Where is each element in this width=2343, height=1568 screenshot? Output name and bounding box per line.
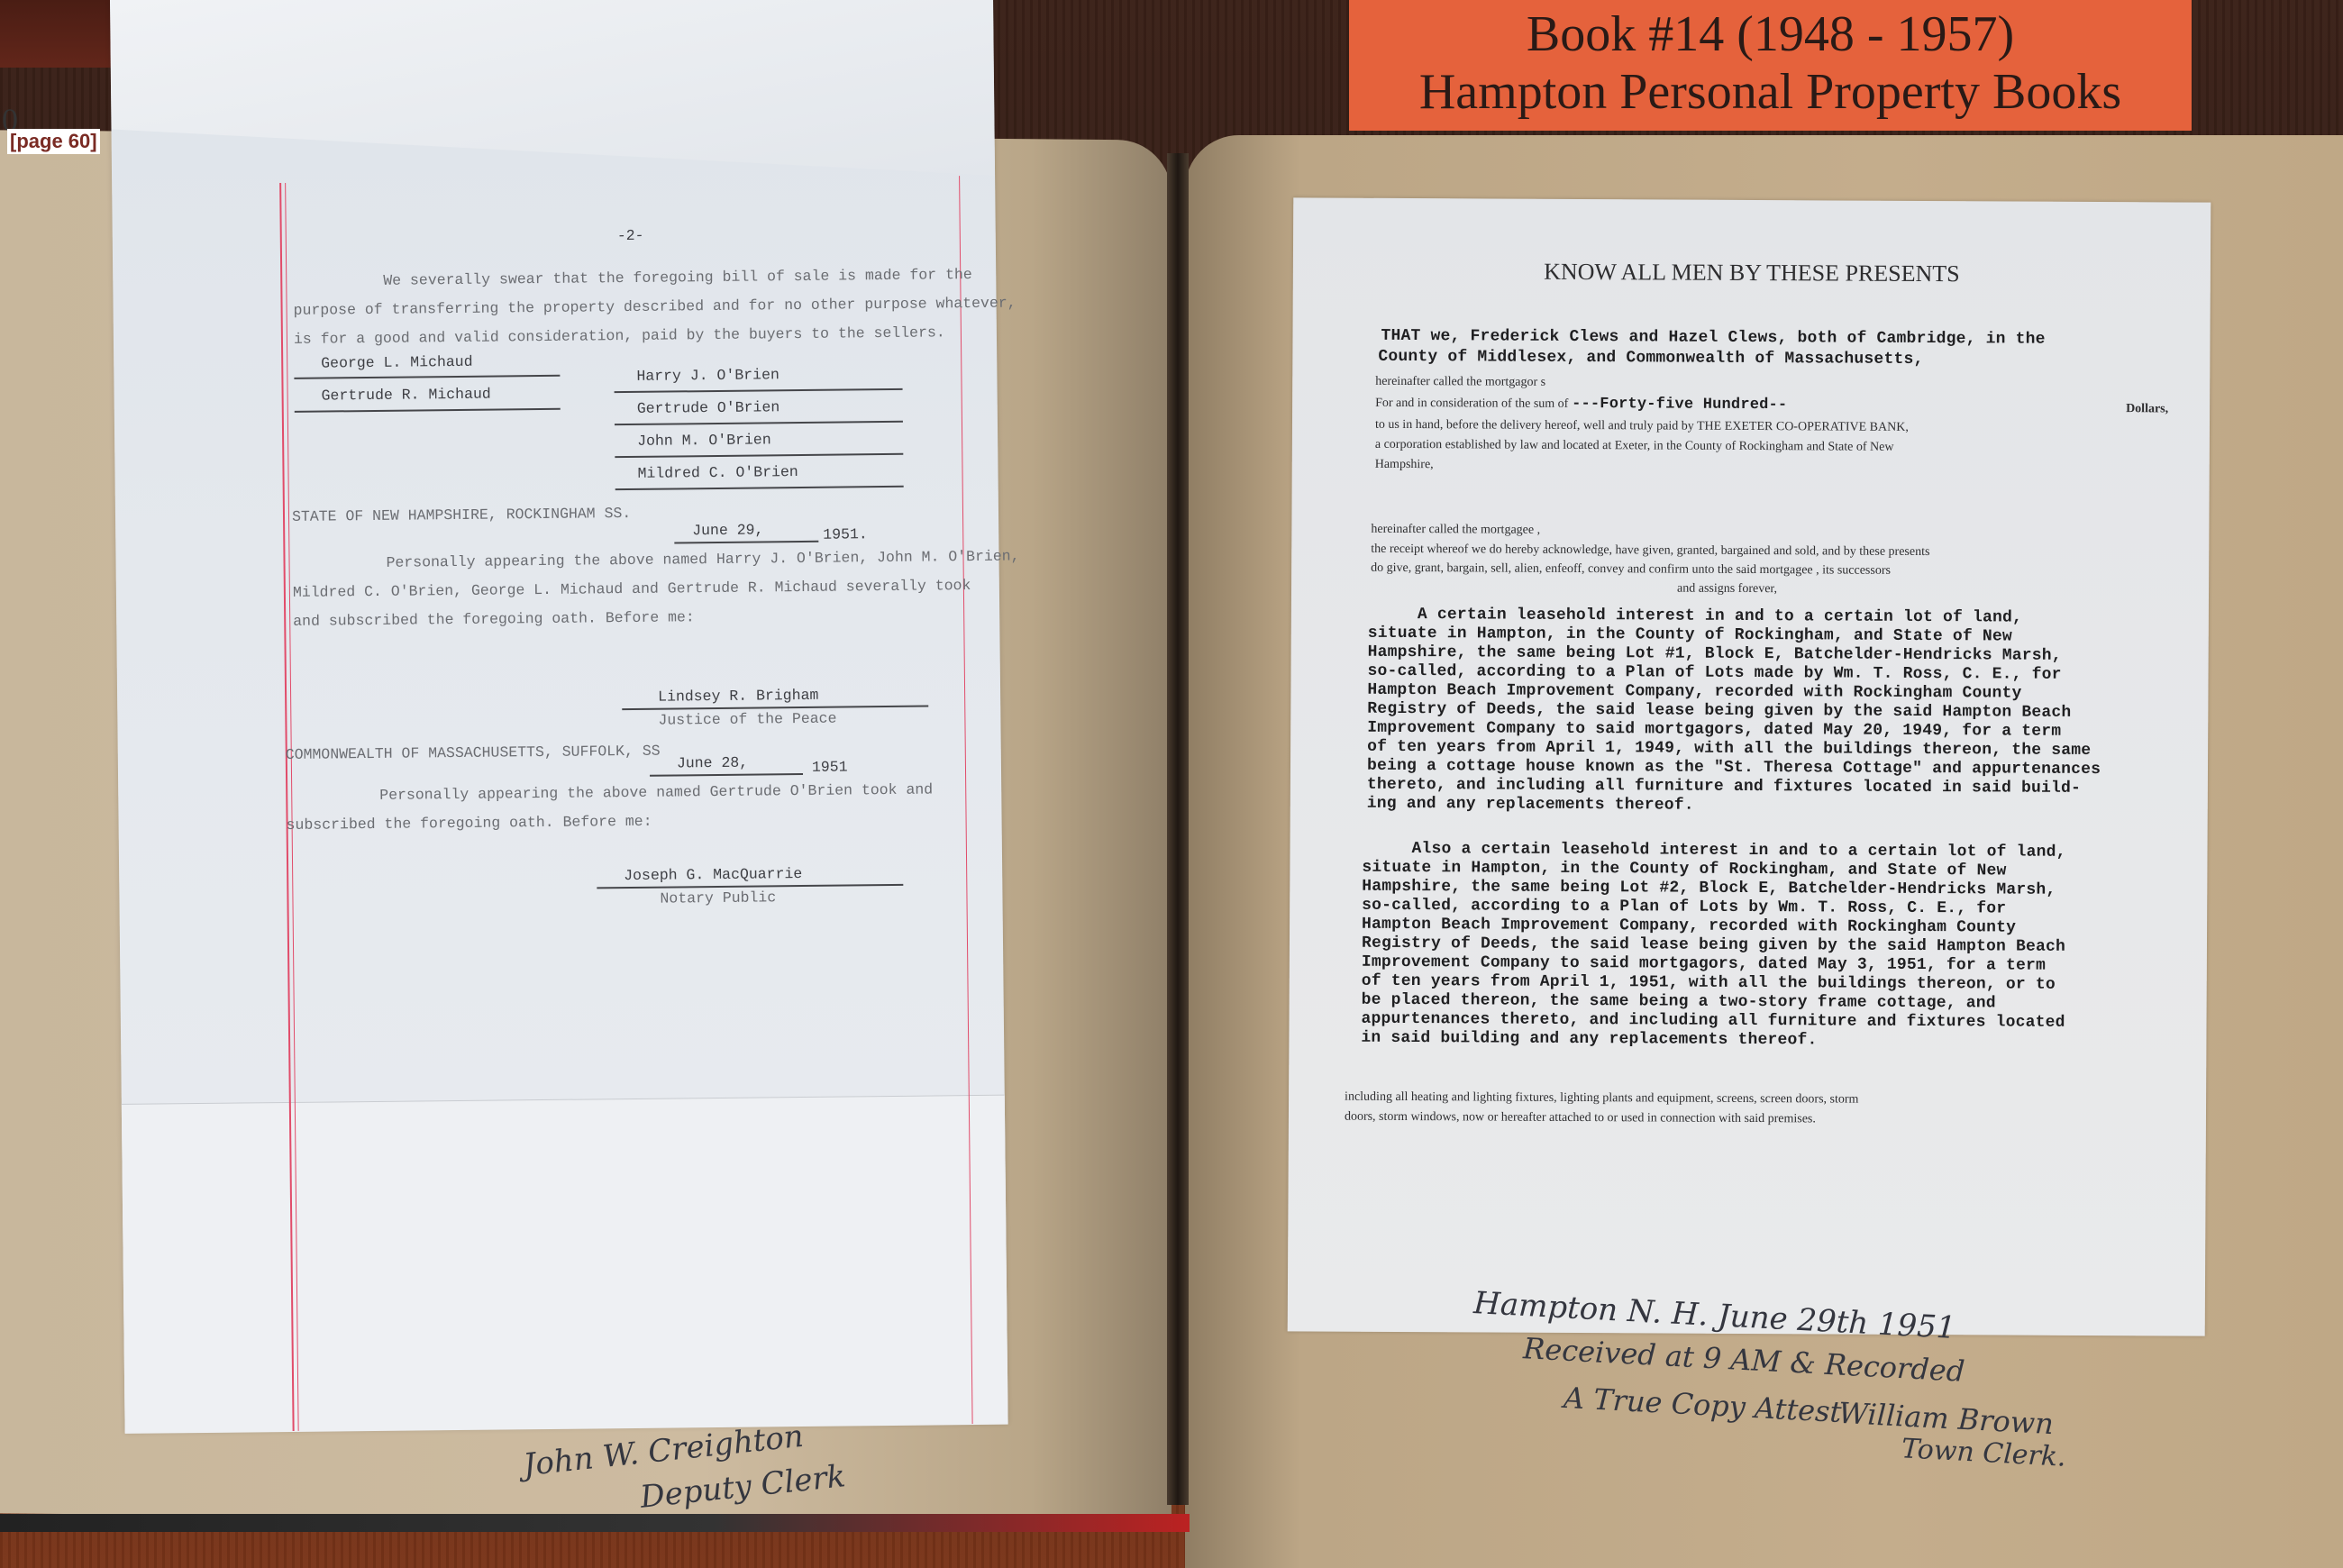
parcel-line: Also a certain leasehold interest in and… (1362, 840, 2065, 861)
oath-line: purpose of transferring the property des… (294, 294, 1017, 318)
parcel-line: thereto, and including all furniture and… (1367, 776, 2081, 798)
nh-body-line: Mildred C. O'Brien, George L. Michaud an… (293, 577, 971, 601)
parcel-line: of ten years from April 1, 1951, with al… (1362, 972, 2056, 994)
buyer-signature: Gertrude O'Brien (637, 398, 780, 417)
paid-by-line: to us in hand, before the delivery hereo… (1375, 418, 1909, 435)
date-ma: June 28, (677, 754, 748, 772)
fixtures-line: doors, storm windows, now or hereafter a… (1345, 1110, 1816, 1127)
buyer-signature: Mildred C. O'Brien (637, 463, 798, 482)
parcel-line: being a cottage house known as the "St. … (1367, 757, 2101, 779)
justice-name: Lindsey R. Brigham (658, 687, 818, 706)
signature-line (615, 486, 904, 490)
parcel-line: Improvement Company to said mortgagors, … (1367, 719, 2061, 741)
mortgagor-line: hereinafter called the mortgagor s (1375, 375, 1545, 390)
receipt-line: do give, grant, bargain, sell, alien, en… (1371, 561, 1891, 579)
bill-of-sale-oath-document: -2- We severally swear that the foregoin… (110, 0, 1008, 1433)
state-line: Hampshire, (1375, 458, 1434, 472)
parcel-line: appurtenances thereto, and including all… (1361, 1010, 2065, 1032)
parties-line: County of Middlesex, and Commonwealth of… (1378, 348, 1923, 369)
date-nh: June 29, (692, 521, 763, 539)
parcel-line: so-called, according to a Plan of Lots b… (1362, 897, 2006, 918)
oath-line: is for a good and valid consideration, p… (294, 324, 945, 348)
parcel-line: Hampton Beach Improvement Company, recor… (1362, 916, 2016, 937)
consideration-amount: ---Forty-five Hundred-- (1572, 396, 1787, 414)
seller-signature: George L. Michaud (321, 353, 473, 372)
fixtures-line: including all heating and lighting fixtu… (1345, 1090, 1858, 1108)
parties-line: THAT we, Frederick Clews and Hazel Clews… (1381, 327, 2045, 349)
seller-signature: Gertrude R. Michaud (322, 386, 491, 405)
parcel-line: ing and any replacements thereof. (1367, 795, 1694, 815)
parcel-line: Improvement Company to said mortgagors, … (1362, 953, 2046, 975)
signature-line (295, 408, 561, 413)
page-number: -2- (617, 227, 644, 244)
date-line (650, 773, 803, 777)
signature-line (622, 706, 928, 711)
consideration-dollars: Dollars, (2126, 402, 2168, 416)
notary-title: Notary Public (660, 889, 776, 907)
signature-line (615, 421, 903, 425)
justice-title: Justice of the Peace (658, 710, 836, 729)
nh-body-line: and subscribed the foregoing oath. Befor… (293, 608, 695, 630)
date-line (674, 541, 818, 544)
venue-nh: STATE OF NEW HAMPSHIRE, ROCKINGHAM SS. (292, 505, 631, 525)
notary-name: Joseph G. MacQuarrie (624, 865, 802, 884)
folded-flap (110, 0, 995, 185)
corporation-line: a corporation established by law and loc… (1375, 438, 1894, 455)
book-label: Book #14 (1948 - 1957) Hampton Personal … (1349, 0, 2192, 131)
parcel-line: Registry of Deeds, the said lease being … (1367, 700, 2071, 722)
parcel-line: be placed thereon, the same being a two-… (1362, 991, 1996, 1013)
oath-line: We severally swear that the foregoing bi… (383, 266, 972, 289)
year-ma: 1951 (812, 758, 848, 775)
buyer-signature: Harry J. O'Brien (636, 366, 779, 385)
parcel-line: of ten years from April 1, 1949, with al… (1367, 738, 2091, 760)
parcel-line: Hampton Beach Improvement Company, recor… (1367, 681, 2021, 703)
page-marker: [page 60] (7, 129, 100, 154)
mortgagee-line: hereinafter called the mortgagee , (1371, 523, 1540, 538)
parcel-line: situate in Hampton, in the County of Roc… (1368, 624, 2012, 646)
bottom-fold (122, 1095, 1008, 1434)
consideration-prefix: For and in consideration of the sum of (1375, 397, 1568, 412)
nh-body-line: Personally appearing the above named Har… (386, 547, 1019, 570)
venue-ma: COMMONWEALTH OF MASSACHUSETTS, SUFFOLK, … (286, 743, 661, 763)
signature-line (615, 388, 903, 393)
parcel-line: A certain leasehold interest in and to a… (1368, 606, 2022, 627)
ma-body-line: subscribed the foregoing oath. Before me… (286, 813, 652, 834)
receipt-line: and assigns forever, (1677, 582, 1777, 597)
parcel-line: Hampshire, the same being Lot #2, Block … (1362, 878, 2056, 899)
signature-line (294, 375, 560, 379)
signature-line (597, 884, 903, 889)
mortgage-deed-document: KNOW ALL MEN BY THESE PRESENTS THAT we, … (1288, 197, 2211, 1336)
buyer-signature: John M. O'Brien (637, 431, 771, 450)
parcel-line: Hampshire, the same being Lot #1, Block … (1368, 643, 2062, 665)
receipt-line: the receipt whereof we do hereby acknowl… (1371, 542, 1929, 560)
book-label-title: Book #14 (1948 - 1957) (1349, 5, 2192, 63)
deed-title: KNOW ALL MEN BY THESE PRESENTS (1293, 257, 2211, 288)
year-nh: 1951. (823, 525, 868, 543)
parcel-line: in said building and any replacements th… (1361, 1029, 1817, 1050)
parcel-line: Registry of Deeds, the said lease being … (1362, 934, 2065, 956)
book-cover-edge (0, 1514, 1190, 1532)
book-label-subtitle: Hampton Personal Property Books (1349, 63, 2192, 121)
signature-line (615, 453, 903, 458)
book-spine (1167, 153, 1189, 1505)
parcel-line: so-called, according to a Plan of Lots m… (1367, 662, 2061, 684)
ma-body-line: Personally appearing the above named Ger… (379, 780, 933, 803)
parcel-line: situate in Hampton, in the County of Roc… (1362, 859, 2006, 880)
